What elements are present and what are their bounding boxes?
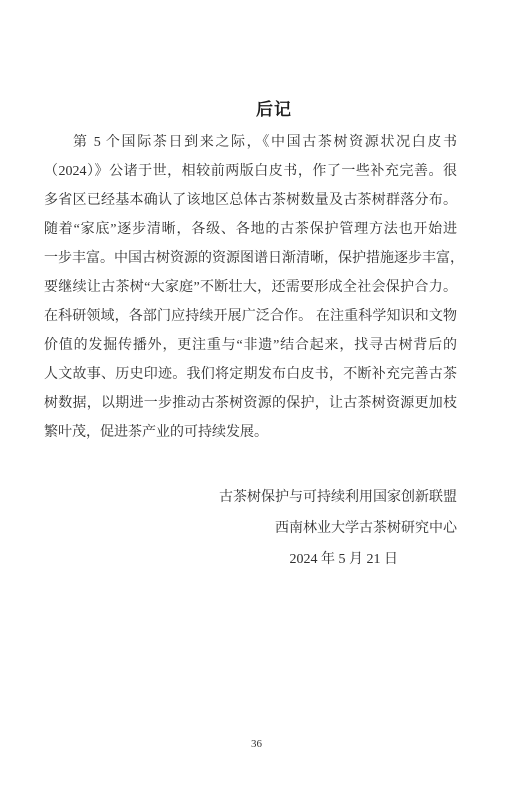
paragraph-line: 要继续让古茶树“大家庭”不断壮大，还需要形成全社会保护合力。 — [44, 273, 457, 302]
document-page: 后记 第 5 个国际茶日到来之际，《中国古茶树资源状况白皮书 （2024）》公诸… — [0, 0, 513, 800]
paragraph-line: 随着“家底”逐步清晰，各级、各地的古茶保护管理方法也开始进 — [44, 215, 457, 244]
afterword-paragraph: 第 5 个国际茶日到来之际，《中国古茶树资源状况白皮书 （2024）》公诸于世，… — [44, 128, 457, 447]
page-number: 36 — [0, 737, 513, 751]
paragraph-line: 一步丰富。中国古树资源的资源图谱日渐清晰，保护措施逐步丰富， — [44, 244, 457, 273]
paragraph-line: 在科研领域，各部门应持续开展广泛合作。 在注重科学知识和文物 — [44, 302, 457, 331]
paragraph-line: 树数据，以期进一步推动古茶树资源的保护，让古茶树资源更加枝 — [44, 389, 457, 418]
paragraph-line: 人文故事、历史印迹。我们将定期发布白皮书，不断补充完善古茶 — [44, 360, 457, 389]
paragraph-line: 多省区已经基本确认了该地区总体古茶树数量及古茶树群落分布。 — [44, 186, 457, 215]
paragraph-line: 第 5 个国际茶日到来之际，《中国古茶树资源状况白皮书 — [44, 128, 457, 157]
section-title: 后记 — [0, 99, 513, 121]
signature-institute: 西南林业大学古茶树研究中心 — [44, 513, 457, 544]
signature-block: 古茶树保护与可持续利用国家创新联盟 西南林业大学古茶树研究中心 2024 年 5… — [44, 482, 457, 575]
paragraph-line: 繁叶茂，促进茶产业的可持续发展。 — [44, 418, 457, 447]
paragraph-line: 价值的发掘传播外，更注重与“非遗”结合起来，找寻古树背后的 — [44, 331, 457, 360]
signature-organization: 古茶树保护与可持续利用国家创新联盟 — [44, 482, 457, 513]
signature-date: 2024 年 5 月 21 日 — [44, 544, 457, 575]
paragraph-line: （2024）》公诸于世，相较前两版白皮书，作了一些补充完善。很 — [44, 157, 457, 186]
